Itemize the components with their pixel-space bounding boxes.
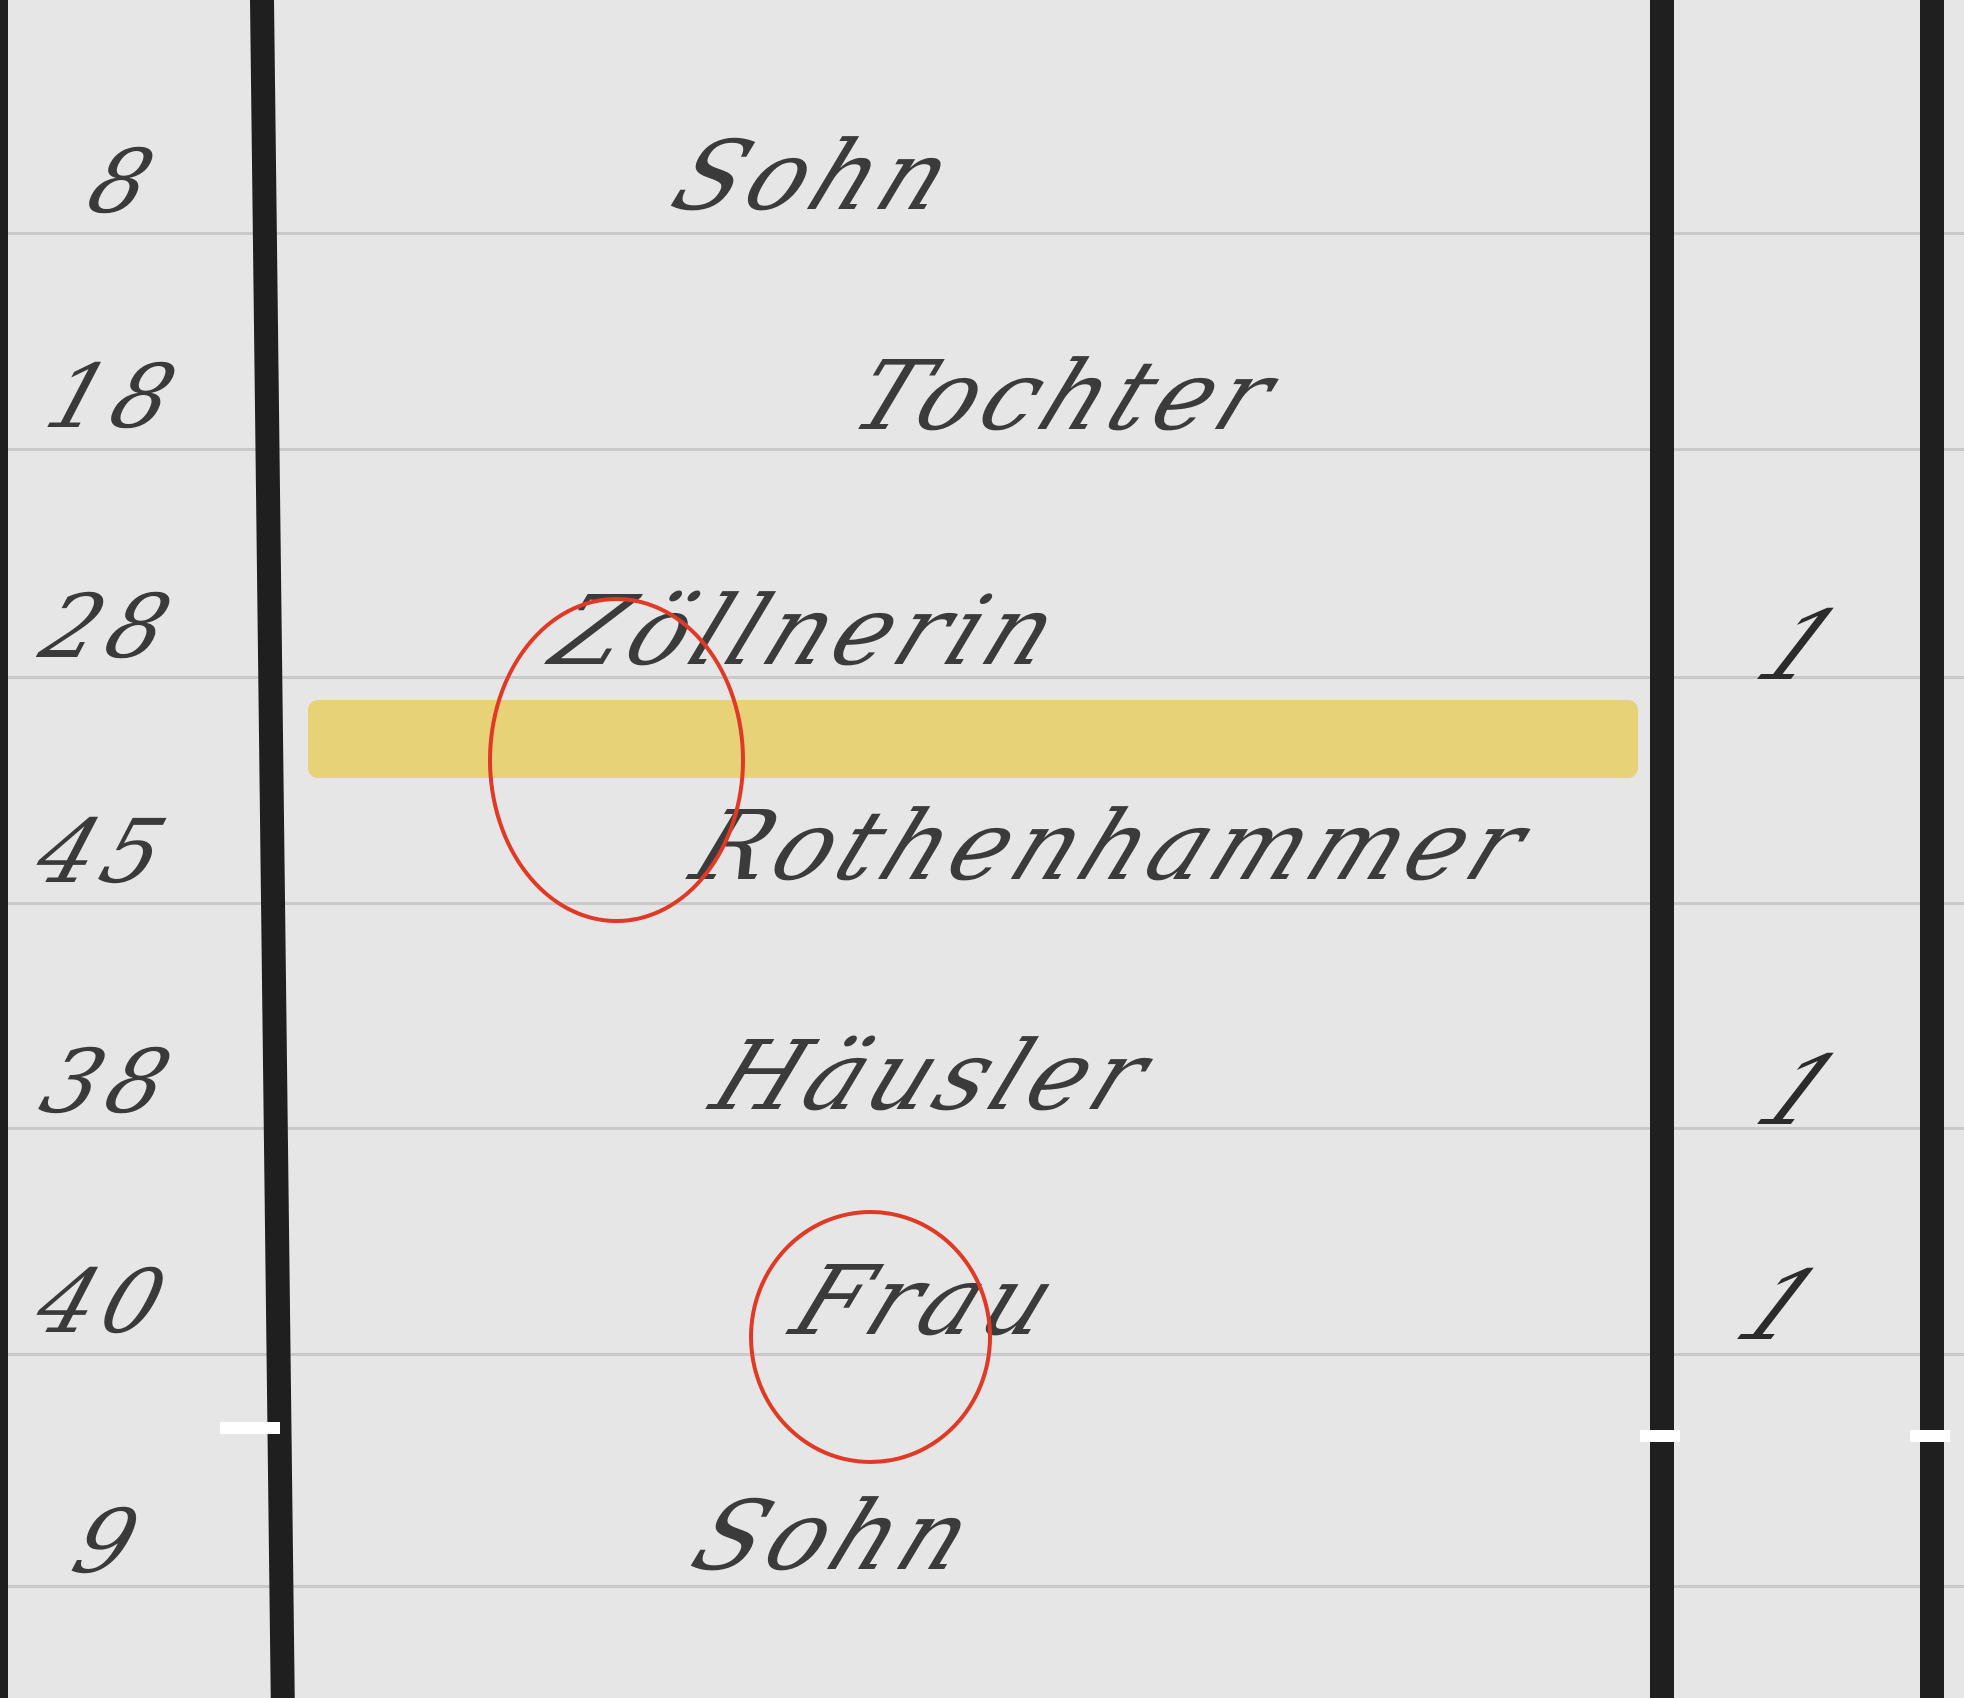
age-cell: 28 — [0, 575, 232, 678]
annotation-circle — [488, 597, 745, 923]
age-cell: 38 — [0, 1030, 232, 1133]
rule-gap — [1910, 1430, 1950, 1442]
rule-gap — [1640, 1430, 1680, 1442]
rule-gap — [220, 1422, 280, 1434]
age-cell: 40 — [0, 1250, 227, 1353]
tally-cell: 1 — [1698, 590, 1903, 702]
relation-cell: Häusler — [697, 1020, 1170, 1132]
annotation-circle — [749, 1210, 992, 1464]
relation-cell: Sohn — [657, 120, 973, 232]
age-cell: 8 — [3, 130, 246, 233]
relation-cell: Tochter — [837, 340, 1296, 452]
age-cell: 45 — [0, 800, 227, 903]
relation-cell: Sohn — [677, 1480, 993, 1592]
tally-column-rule — [1920, 0, 1944, 1698]
relation-column-rule — [1650, 0, 1674, 1698]
register-page: 8 18 28 45 38 40 9 Sohn Tochter Zöllneri… — [0, 0, 1964, 1698]
tally-cell: 1 — [1678, 1250, 1883, 1362]
tally-cell: 1 — [1698, 1035, 1903, 1147]
age-cell: 18 — [0, 345, 237, 448]
relation-cell: Rothenhammer — [677, 790, 1547, 902]
age-cell: 9 — [0, 1490, 232, 1593]
age-column-rule — [250, 0, 295, 1698]
